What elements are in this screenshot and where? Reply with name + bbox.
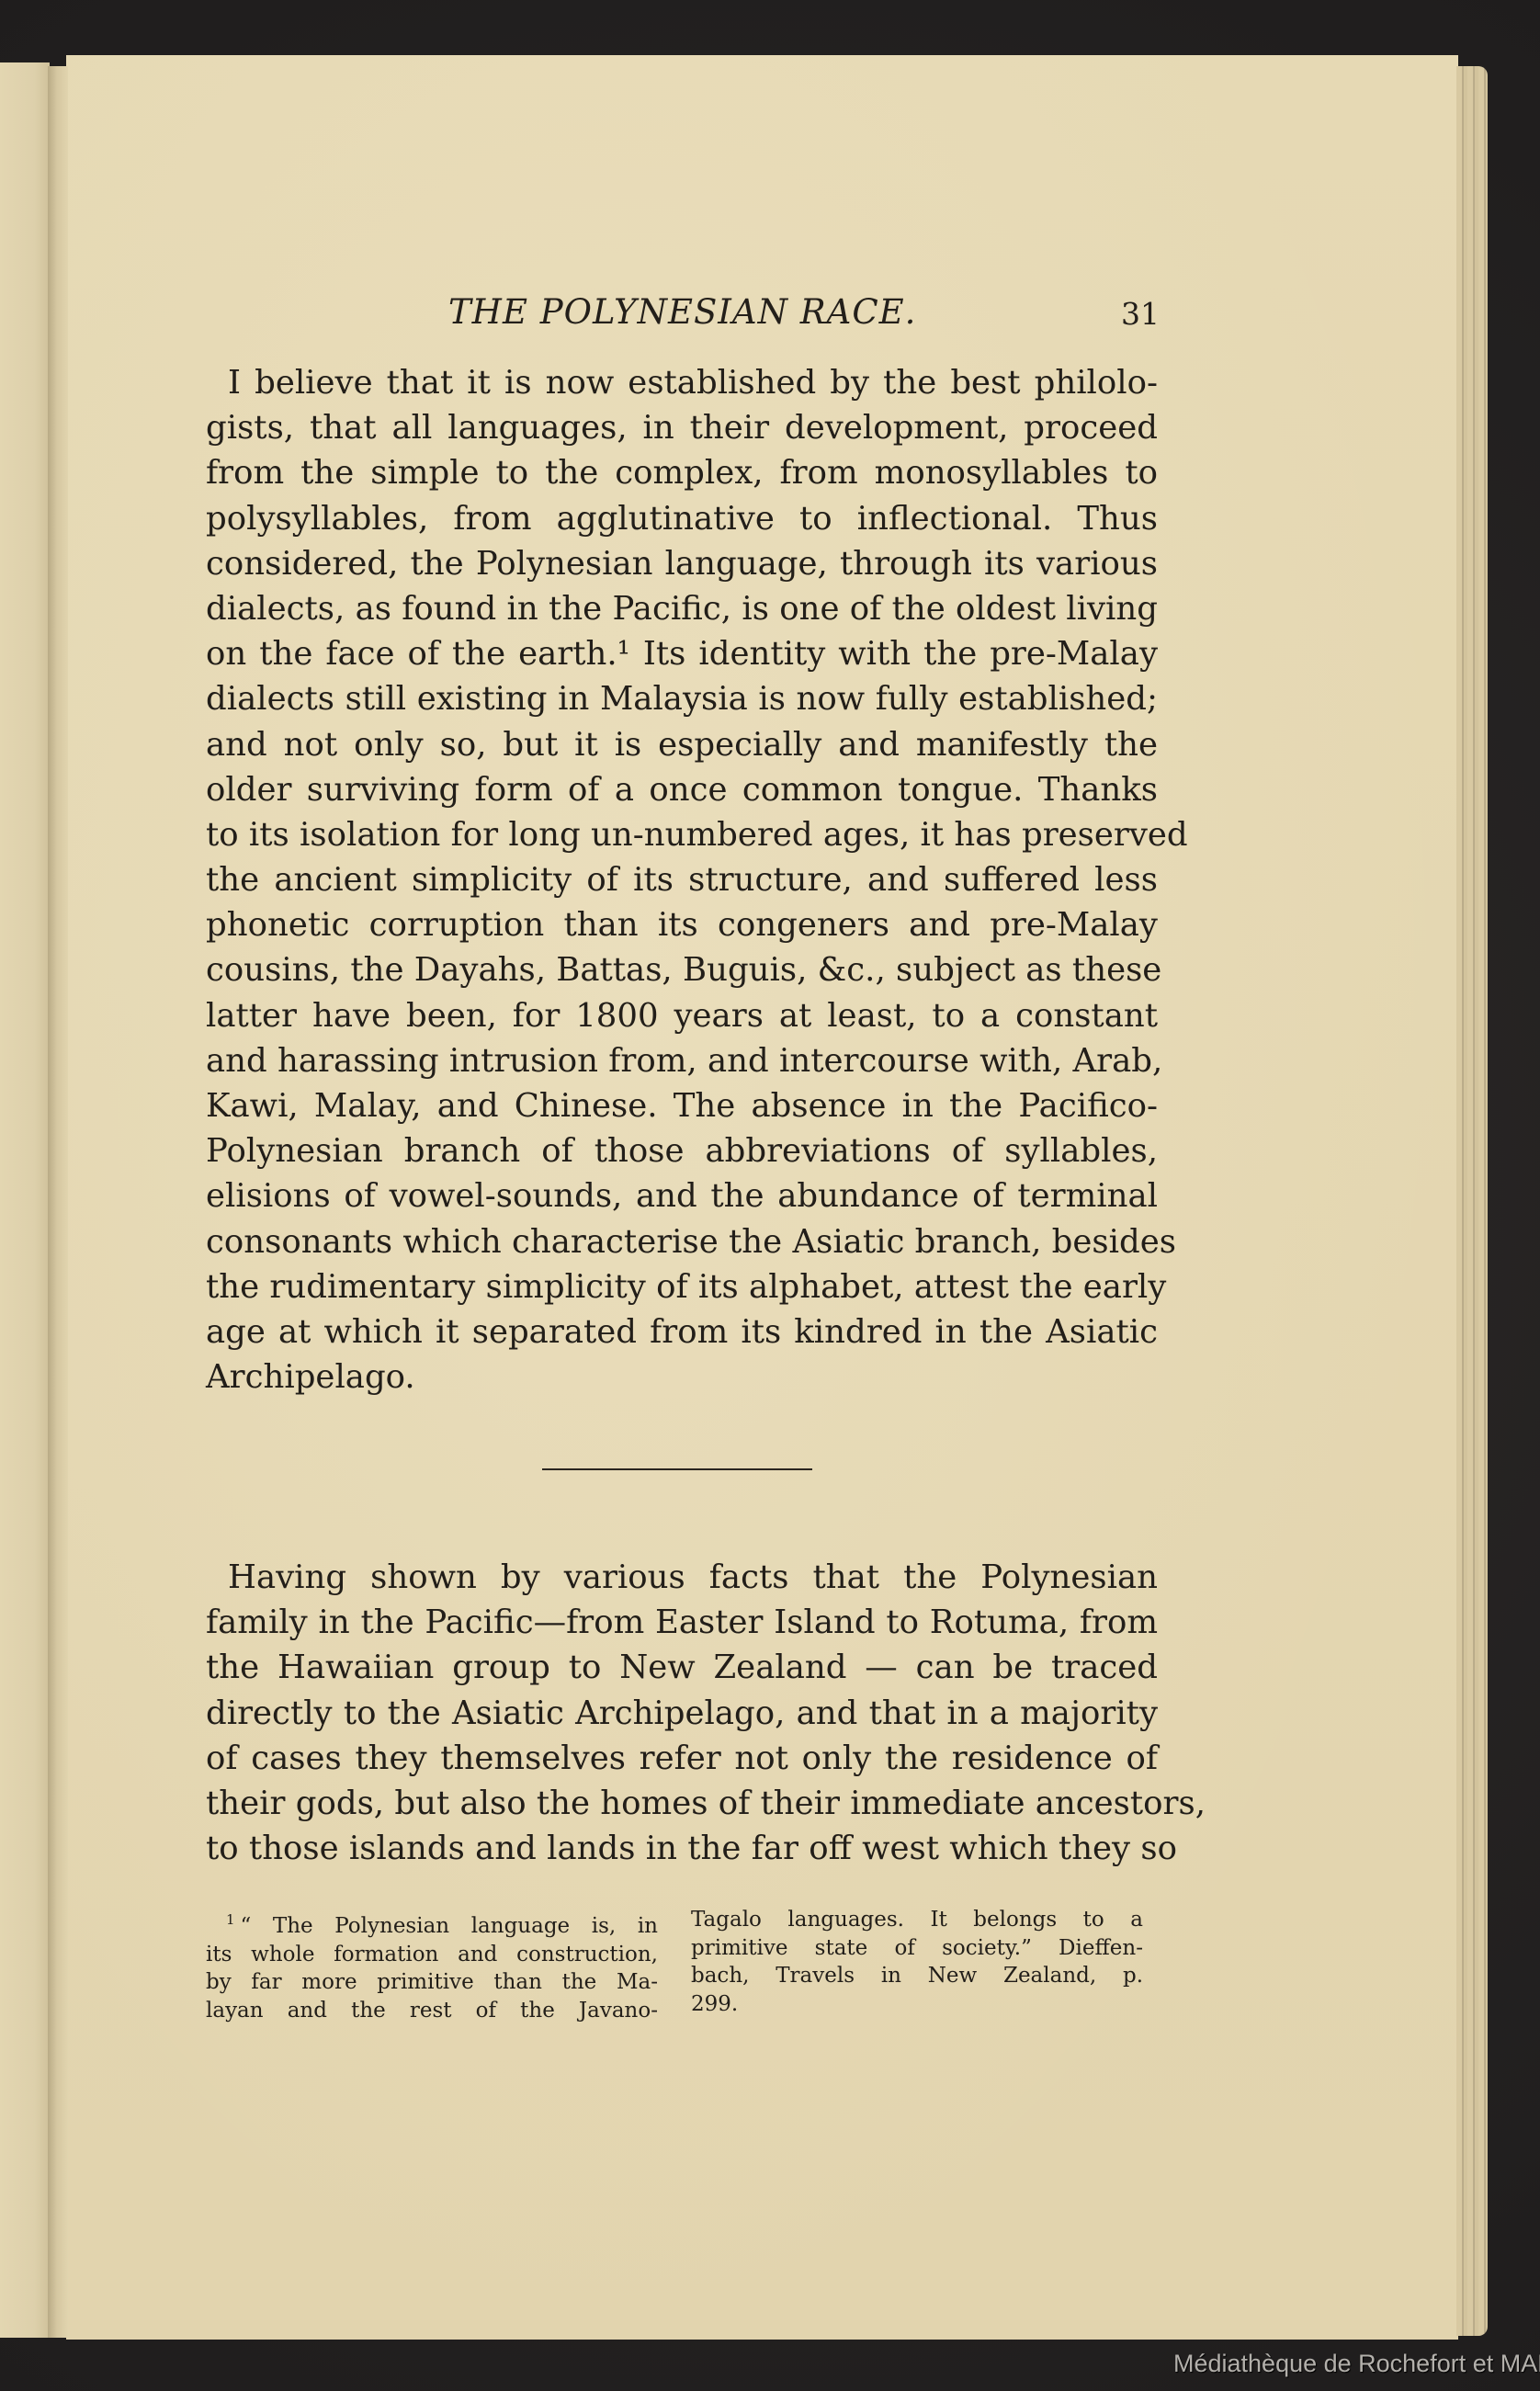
- text-line: the Hawaiian group to New Zealand — can …: [206, 1645, 1158, 1690]
- text-line: from the simple to the complex, from mon…: [206, 450, 1158, 495]
- footnote-line: primitive state of society.” Dieffen-: [691, 1934, 1143, 1963]
- footnote-line: layan and the rest of the Javano-: [206, 1997, 658, 2025]
- footnote-line: its whole formation and construction,: [206, 1941, 658, 1969]
- text-line: dialects still existing in Malaysia is n…: [206, 676, 1158, 721]
- footnote-text: “ The Polynesian language is, in: [241, 1914, 658, 1938]
- footnote-line: bach, Travels in New Zealand, p.: [691, 1962, 1143, 1990]
- book-gutter: [48, 66, 68, 2338]
- footnote-line: by far more primitive than the Ma-: [206, 1968, 658, 1997]
- text-line: the rudimentary simplicity of its alphab…: [206, 1264, 1158, 1309]
- text-line: gists, that all languages, in their deve…: [206, 405, 1158, 450]
- text-line: age at which it separated from its kindr…: [206, 1309, 1158, 1354]
- page-number: 31: [1121, 296, 1160, 332]
- footnote-column-left: 1“ The Polynesian language is, in its wh…: [206, 1906, 658, 2024]
- text-line: of cases they themselves refer not only …: [206, 1736, 1158, 1781]
- text-line: on the face of the earth.¹ Its identity …: [206, 631, 1158, 676]
- text-line: Archipelago.: [206, 1354, 1158, 1399]
- section-separator-rule: [542, 1468, 812, 1470]
- text-line: family in the Pacific—from Easter Island…: [206, 1600, 1158, 1645]
- footnote-line: 1“ The Polynesian language is, in: [206, 1906, 658, 1941]
- library-watermark: Médiathèque de Rochefort et MAP: [1173, 2350, 1540, 2378]
- text-line: I believe that it is now established by …: [206, 360, 1158, 405]
- footnote-line: Tagalo languages. It belongs to a: [691, 1906, 1143, 1934]
- text-line: dialects, as found in the Pacific, is on…: [206, 586, 1158, 631]
- text-line: phonetic corruption than its congeners a…: [206, 902, 1158, 947]
- text-line: polysyllables, from agglutinative to inf…: [206, 496, 1158, 541]
- footnote-column-right: Tagalo languages. It belongs to a primit…: [691, 1906, 1143, 2018]
- text-line: older surviving form of a once common to…: [206, 767, 1158, 812]
- previous-page-edge: [0, 62, 50, 2338]
- text-line: considered, the Polynesian language, thr…: [206, 541, 1158, 586]
- text-line: consonants which characterise the Asiati…: [206, 1219, 1158, 1264]
- text-line: Kawi, Malay, and Chinese. The absence in…: [206, 1083, 1158, 1128]
- text-line: to its isolation for long un-numbered ag…: [206, 812, 1158, 857]
- text-line: Having shown by various facts that the P…: [206, 1555, 1158, 1600]
- text-line: to those islands and lands in the far of…: [206, 1826, 1158, 1871]
- text-line: and harassing intrusion from, and interc…: [206, 1038, 1158, 1083]
- text-line: cousins, the Dayahs, Battas, Buguis, &c.…: [206, 947, 1158, 992]
- footnote-line: 299.: [691, 1990, 1143, 2019]
- running-head: THE POLYNESIAN RACE.: [448, 292, 916, 332]
- footnote-marker: 1: [226, 1911, 235, 1928]
- text-line: directly to the Asiatic Archipelago, and…: [206, 1691, 1158, 1736]
- text-line: latter have been, for 1800 years at leas…: [206, 993, 1158, 1038]
- text-line: and not only so, but it is especially an…: [206, 722, 1158, 767]
- paragraph-2: Having shown by various facts that the P…: [206, 1555, 1158, 1871]
- text-line: their gods, but also the homes of their …: [206, 1781, 1158, 1826]
- text-line: the ancient simplicity of its structure,…: [206, 857, 1158, 902]
- text-line: elisions of vowel-sounds, and the abunda…: [206, 1173, 1158, 1218]
- text-line: Polynesian branch of those abbreviations…: [206, 1128, 1158, 1173]
- page-stack-edge: [1456, 66, 1488, 2336]
- paragraph-1: I believe that it is now established by …: [206, 360, 1158, 1399]
